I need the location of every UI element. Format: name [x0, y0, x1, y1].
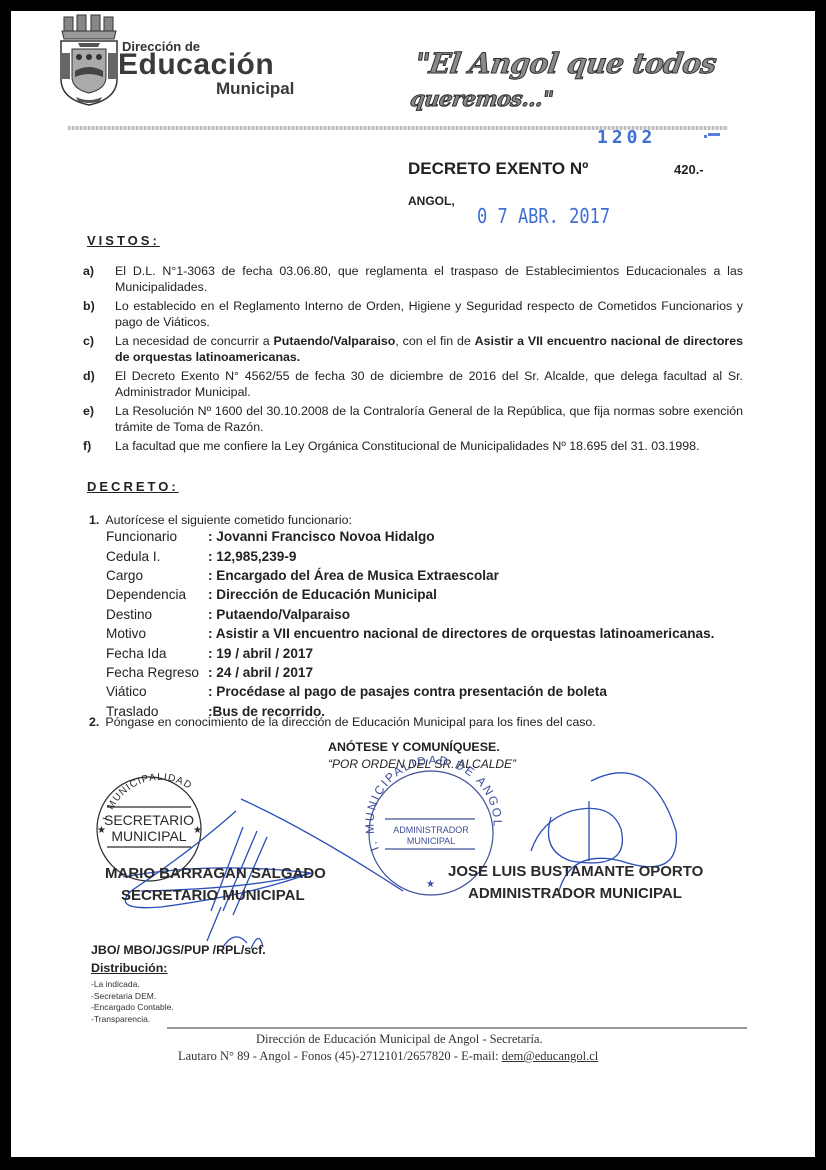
- decree-number: 420.-: [674, 162, 704, 177]
- svg-text:★: ★: [193, 825, 202, 836]
- footer-address: Lautaro N° 89 - Angol - Fonos (45)-27121…: [178, 1049, 502, 1063]
- item-text: El D.L. N°1-3063 de fecha 03.06.80, que …: [115, 264, 743, 294]
- item-text: , con el fin de: [395, 334, 474, 348]
- list-item: c)La necesidad de concurrir a Putaendo/V…: [83, 333, 743, 365]
- org-name-line2: Educación: [118, 48, 274, 82]
- list-item: a)El D.L. N°1-3063 de fecha 03.06.80, qu…: [83, 263, 743, 295]
- item-text: La Resolución Nº 1600 del 30.10.2008 de …: [115, 404, 743, 434]
- slogan: "El Angol que todos queremos...": [408, 47, 815, 113]
- field-value: : Jovanni Francisco Novoa Hidalgo: [208, 529, 435, 544]
- decreto-point-2: 2.Póngase en conocimiento de la direcció…: [89, 715, 596, 729]
- item-text: La facultad que me confiere la Ley Orgán…: [115, 439, 700, 453]
- decreto-point-1: 1.Autorícese el siguiente cometido funci…: [89, 513, 352, 527]
- item-marker: e): [83, 403, 94, 419]
- stamp-mark: [708, 133, 720, 136]
- org-name-line3: Municipal: [216, 79, 294, 99]
- stamp-mark: [704, 135, 707, 138]
- field-value: : Dirección de Educación Municipal: [208, 587, 437, 602]
- field-row: Fecha Regreso: 24 / abril / 2017: [106, 663, 714, 682]
- distribution-item: -Encargado Contable.: [91, 1002, 174, 1014]
- secretary-name: MARIO BARRAGAN SALGADO: [105, 865, 326, 882]
- svg-text:ADMINISTRADOR: ADMINISTRADOR: [393, 825, 469, 835]
- field-label: Funcionario: [106, 529, 208, 544]
- field-label: Motivo: [106, 626, 208, 641]
- footer-email-link[interactable]: dem@educangol.cl: [502, 1049, 599, 1063]
- field-label: Cedula I.: [106, 549, 208, 564]
- by-order-of-mayor: “POR ORDEN DEL SR. ALCALDE”: [328, 757, 516, 771]
- field-row: Destino: Putaendo/Valparaiso: [106, 605, 714, 624]
- field-value: : 19 / abril / 2017: [208, 646, 313, 661]
- field-label: Dependencia: [106, 587, 208, 602]
- vistos-list: a)El D.L. N°1-3063 de fecha 03.06.80, qu…: [83, 263, 743, 457]
- item-marker: b): [83, 298, 95, 314]
- decree-title: DECRETO EXENTO Nº: [408, 159, 588, 179]
- footer-divider: [167, 1027, 747, 1029]
- field-row: Viático: Procédase al pago de pasajes co…: [106, 682, 714, 701]
- distribution-item: -Secretaria DEM.: [91, 991, 174, 1003]
- item-text: El Decreto Exento N° 4562/55 de fecha 30…: [115, 369, 743, 399]
- svg-text:★: ★: [426, 879, 435, 890]
- svg-text:★: ★: [97, 825, 106, 836]
- point-text: Póngase en conocimiento de la dirección …: [105, 715, 595, 729]
- decree-city: ANGOL,: [408, 194, 455, 208]
- svg-text:I. MUNICIPALIDAD: I. MUNICIPALIDAD: [101, 772, 194, 822]
- field-row: Motivo: Asistir a VII encuentro nacional…: [106, 624, 714, 643]
- footer-contact: Lautaro N° 89 - Angol - Fonos (45)-27121…: [178, 1049, 598, 1064]
- distribution-heading: Distribución:: [91, 961, 167, 975]
- field-label: Fecha Regreso: [106, 665, 208, 680]
- date-stamp: 0 7 ABR. 2017: [477, 204, 610, 228]
- item-marker: c): [83, 333, 94, 349]
- footer-office: Dirección de Educación Municipal de Ango…: [256, 1032, 543, 1047]
- closing-formula: ANÓTESE Y COMUNÍQUESE.: [328, 740, 500, 754]
- document-page: Dirección de Educación Municipal "El Ang…: [11, 11, 815, 1157]
- field-value: : Asistir a VII encuentro nacional de di…: [208, 626, 714, 641]
- decreto-heading: DECRETO:: [87, 479, 179, 494]
- list-item: d)El Decreto Exento N° 4562/55 de fecha …: [83, 368, 743, 400]
- item-marker: a): [83, 263, 94, 279]
- distribution-list: -La indicada. -Secretaria DEM. -Encargad…: [91, 979, 174, 1025]
- svg-text:SECRETARIO: SECRETARIO: [104, 812, 194, 828]
- point-marker: 2.: [89, 715, 99, 729]
- field-value: : Encargado del Área de Musica Extraesco…: [208, 568, 499, 583]
- slogan-tail: queremos...": [409, 86, 555, 111]
- field-row: Cedula I.: 12,985,239-9: [106, 546, 714, 565]
- vistos-heading: VISTOS:: [87, 233, 160, 248]
- field-value: : Procédase al pago de pasajes contra pr…: [208, 684, 607, 699]
- responsible-initials: JBO/ MBO/JGS/PUP /RPL/scf.: [91, 943, 266, 957]
- field-label: Cargo: [106, 568, 208, 583]
- item-destination: Putaendo/Valparaiso: [273, 334, 395, 348]
- field-value: : 24 / abril / 2017: [208, 665, 313, 680]
- item-text: La necesidad de concurrir a: [115, 334, 273, 348]
- registry-stamp-number: 1202: [597, 127, 656, 148]
- point-text: Autorícese el siguiente cometido funcion…: [105, 513, 352, 527]
- field-row: Fecha Ida: 19 / abril / 2017: [106, 643, 714, 662]
- field-label: Destino: [106, 607, 208, 622]
- field-value: : Putaendo/Valparaiso: [208, 607, 350, 622]
- list-item: b)Lo establecido en el Reglamento Intern…: [83, 298, 743, 330]
- item-marker: d): [83, 368, 95, 384]
- slogan-main: "El Angol que todos: [413, 47, 718, 80]
- administrator-name: JOSE LUIS BUSTAMANTE OPORTO: [448, 863, 703, 880]
- secretary-role: SECRETARIO MUNICIPAL: [121, 887, 305, 904]
- field-row: Cargo: Encargado del Área de Musica Extr…: [106, 566, 714, 585]
- item-marker: f): [83, 438, 91, 454]
- field-value: : 12,985,239-9: [208, 549, 296, 564]
- administrator-role: ADMINISTRADOR MUNICIPAL: [468, 885, 682, 902]
- distribution-item: -Transparencia.: [91, 1014, 174, 1026]
- field-label: Viático: [106, 684, 208, 699]
- point-marker: 1.: [89, 513, 99, 527]
- field-row: Dependencia: Dirección de Educación Muni…: [106, 585, 714, 604]
- item-text: Lo establecido en el Reglamento Interno …: [115, 299, 743, 329]
- svg-text:MUNICIPAL: MUNICIPAL: [111, 828, 186, 844]
- list-item: f)La facultad que me confiere la Ley Org…: [83, 438, 743, 454]
- list-item: e)La Resolución Nº 1600 del 30.10.2008 d…: [83, 403, 743, 435]
- field-row: Funcionario: Jovanni Francisco Novoa Hid…: [106, 527, 714, 546]
- municipal-crest-icon: [58, 13, 120, 107]
- distribution-item: -La indicada.: [91, 979, 174, 991]
- commission-details: Funcionario: Jovanni Francisco Novoa Hid…: [106, 527, 714, 721]
- svg-text:MUNICIPAL: MUNICIPAL: [407, 836, 455, 846]
- field-label: Fecha Ida: [106, 646, 208, 661]
